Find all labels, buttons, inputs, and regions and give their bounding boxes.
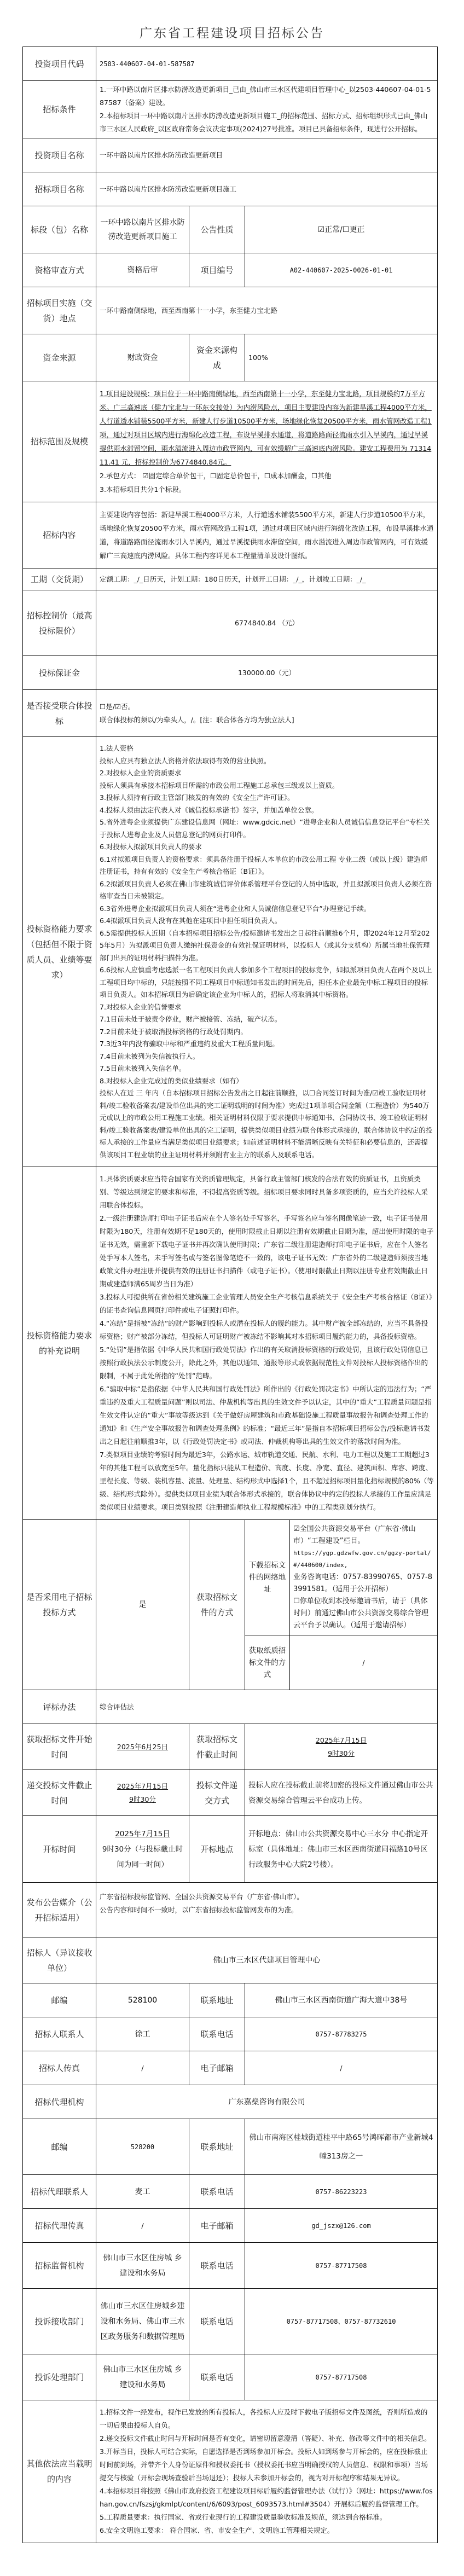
- label: 投标资格能力要求（包括但不限于资质人员、业绩等要求）: [23, 737, 96, 1167]
- label: 是否采用电子招标投标方式: [23, 1520, 96, 1690]
- label: 投资项目代码: [23, 47, 96, 81]
- project-no-label: 项目编号: [189, 253, 245, 287]
- condition-line: 1.一环中路以南片区排水防涝改造更新项目_已由_佛山市三水区代建项目管理中心_以…: [100, 83, 434, 109]
- media-line: 公告内容和时间不一致时，以广东省招标投标监管网发布的为准。: [100, 1904, 434, 1917]
- req-line: 6.5需提供投标人近期（自本招标项目招标公告/投标邀请书发出之日起往前顺推6个月…: [100, 927, 434, 965]
- submit-date: 2025年7月15日: [100, 1780, 185, 1793]
- complaint-receive-phone-label: 联系电话: [189, 2289, 245, 2354]
- req-line: 投标人须具有承接本招标项目所需的市政公用工程施工总承包三级或以上资质。: [100, 780, 434, 792]
- supp-line: 5.“处罚”是指依据《中华人民共和国行政处罚法》作出的有关取消投标资格的行政处罚…: [100, 1343, 434, 1383]
- row-obtain-time: 获取招标文件开始时间 2025年6月25日 获取招标文件截止时间 2025年7月…: [23, 1724, 438, 1770]
- complaint-process-phone-value: 0757-87717508: [245, 2354, 438, 2400]
- agency-phone-label: 联系电话: [189, 2175, 245, 2209]
- other-line: 3.开标当日，投标人可结合实际，自愿选择是否到场参加开标会。投标人如到场参与开标…: [100, 2445, 434, 2485]
- req-line: 6.2拟派项目负责人必须在佛山市建筑诚信评价体系管理平台登记的人员中选取，并且拟…: [100, 878, 434, 903]
- label: 工期（交货期）: [23, 568, 96, 590]
- page-title: 广东省工程建设项目招标公告: [0, 23, 464, 41]
- other-line: 4.本招标项目将按照《佛山市政府投资工程建设项目标后履约监督管理办法（试行）》（…: [100, 2485, 434, 2511]
- scope-value: 1.项目建设规模：项目位于一环中路南侧绿地，西至西南第十一小学，东至健力宝北路，…: [96, 381, 438, 502]
- row-supplement: 投标资格能力要求的补充说明 1.具体资质要求应当符合国家有关资质管理规定，具备行…: [23, 1167, 438, 1520]
- row-supervisor: 招标监督机构 佛山市三水区住房城 乡建设和水务局 联系电话 0757-87717…: [23, 2243, 438, 2289]
- announcement-table: 投资项目代码 2503-440607-04-01-587587 招标条件 1.一…: [22, 47, 438, 2543]
- row-section: 标段（包）名称 一环中路以南片区排水防涝改造更新项目施工 公告性质 ☑正常/☐更…: [23, 206, 438, 253]
- scope-line: 1.项目建设规模：项目位于一环中路南侧绿地，西至西南第十一小学，东至健力宝北路，…: [100, 387, 434, 469]
- label: 发布公告媒介（公开招标适用）: [23, 1883, 96, 1937]
- requirements-value: 1.法人资格 投标人应具有独立法人资格并依法取得有效的营业执照。 2.对投标人企…: [96, 737, 438, 1167]
- label: 招标代理机构: [23, 2085, 96, 2119]
- label: 递交投标文件截止时间: [23, 1770, 96, 1816]
- complaint-receive-phone-value: 0757-87717508、0757-87732610: [245, 2289, 438, 2354]
- consortium-line: 联合体投标的须以/为牵头人，/。[注：联合体各方均为独立法人]: [100, 713, 434, 727]
- download-line: 业务咨询电话：0757-83990765、0757-83991581。（适用于公…: [293, 1571, 434, 1596]
- complaint-process-phone-label: 联系电话: [189, 2354, 245, 2400]
- paper-value: /: [290, 1635, 438, 1690]
- label: 招标范围及规模: [23, 381, 96, 502]
- electronic-value: 是: [96, 1520, 189, 1690]
- consortium-value: ☐是/☑否。 联合体投标的须以/为牵头人，/。[注：联合体各方均为独立法人]: [96, 690, 438, 737]
- submit-method-value: 投标人应在投标截止前将加密的投标文件通过佛山市公共资源交易综合管理云平台成功上传…: [245, 1770, 438, 1816]
- req-line: 6.6投标人应慎重考虑选派一名工程项目负责人参加多个工程项目的投标竞争，如拟派项…: [100, 964, 434, 1001]
- funding-value: 财政资金: [96, 334, 189, 381]
- label: 投标保证金: [23, 656, 96, 690]
- label: 开标时间: [23, 1816, 96, 1883]
- label: 招标代理联系人: [23, 2175, 96, 2209]
- row-tenderer-post: 邮编 528100 联系地址 佛山市三水区西南街道广海大道中38号: [23, 1983, 438, 2017]
- obtain-end-label: 获取招标文件截止时间: [189, 1724, 245, 1770]
- row-tenderer: 招标人（异议接收单位） 佛山市三水区代建项目管理中心: [23, 1937, 438, 1983]
- duration-value: 定额工期：_/_日历天，计划工期：180日历天，计划开工日期：_/_，计划竣工日…: [96, 568, 438, 590]
- label: 招标代理传真: [23, 2209, 96, 2243]
- req-line: 6.3省外进粤企业拟派项目负责人须在“进粤企业和人员诚信信息登记平台”办理登记手…: [100, 903, 434, 915]
- row-project-code: 投资项目代码 2503-440607-04-01-587587: [23, 47, 438, 81]
- row-tenderer-fax: 招标人传真 / 电子邮箱 /: [23, 2051, 438, 2085]
- obtain-end-date: 2025年7月15日: [248, 1734, 434, 1747]
- req-line: 7.1目前未处于被责令停业，财产被接管、冻结，破产状态。: [100, 1013, 434, 1026]
- opening-place-value: 开标地点：佛山市公共资源交易中心三水分 中心指定开标室（具体地址：佛山市三水区西…: [245, 1816, 438, 1883]
- project-code-value: 2503-440607-04-01-587587: [96, 47, 438, 81]
- row-requirements: 投标资格能力要求（包括但不限于资质人员、业绩等要求） 1.法人资格 投标人应具有…: [23, 737, 438, 1167]
- req-line: 7.4目前未被列为失信被执行人。: [100, 1051, 434, 1063]
- label: 投诉处理部门: [23, 2354, 96, 2400]
- tenderer-email-value: /: [245, 2051, 438, 2085]
- row-complaint-process: 投诉处理部门 佛山市三水区住房城 乡建设和水务局 联系电话 0757-87717…: [23, 2354, 438, 2400]
- project-no-value: A02-440607-2025-0026-01-01: [245, 253, 438, 287]
- req-line: 6.1对拟派项目负责人的资格要求：须具备注册于投标人本单位的市政公用工程 专业二…: [100, 854, 434, 878]
- other-value: 1.招标文件一经发布，视作已发放给所有投标人，各投标人应及时下载电子版招标文件及…: [96, 2400, 438, 2543]
- req-line: 4.投标人须由法定代表人对《诚信投标承诺书》签字，并加盖单位公章。: [100, 804, 434, 817]
- complaint-receive-value: 佛山市三水区住房城乡建设和水务局、佛山市三水区政务服务和数据管理局: [96, 2289, 189, 2354]
- label: 招标控制价（最高投标限价）: [23, 590, 96, 656]
- req-line: 7.对投标人企业的信誉要求: [100, 1001, 434, 1014]
- req-line: 6.4拟派项目负责人没有在其他在建项目中担任项目负责人。: [100, 915, 434, 927]
- agency-postcode-value: 528200: [96, 2119, 189, 2175]
- label: 投诉接收部门: [23, 2289, 96, 2354]
- row-deposit: 投标保证金 130000.00（元）: [23, 656, 438, 690]
- row-opening: 开标时间 2025年7月15日 9时30分（与投标截止时间为同一时间） 开标地点…: [23, 1816, 438, 1883]
- supp-line: 3.投标人可提供所在省份相关建筑施工企业管理人员安全生产考核信息系统关于《安全生…: [100, 1291, 434, 1317]
- req-line: 5.省外进粤企业须提供广东建设信息网（网址：www.gdcic.net）“进粤企…: [100, 816, 434, 841]
- label: 资格审查方式: [23, 253, 96, 287]
- req-line: 7.5目前未被列入失信名单。: [100, 1063, 434, 1075]
- row-consortium: 是否接受联合体投标 ☐是/☑否。 联合体投标的须以/为牵头人，/。[注：联合体各…: [23, 690, 438, 737]
- row-complaint-receive: 投诉接收部门 佛山市三水区住房城乡建设和水务局、佛山市三水区政务服务和数据管理局…: [23, 2289, 438, 2354]
- nature-label: 公告性质: [189, 206, 245, 253]
- req-line: 1.法人资格: [100, 742, 434, 755]
- supervisor-value: 佛山市三水区住房城 乡建设和水务局: [96, 2243, 189, 2289]
- complaint-process-value: 佛山市三水区住房城 乡建设和水务局: [96, 2354, 189, 2400]
- tenderer-phone-value: 0757-87783275: [245, 2017, 438, 2051]
- submit-deadline-value: 2025年7月15日 9时30分: [96, 1770, 189, 1816]
- other-line: 6.安全文明施工要求： 符合国家、省、市安全生产、文明施工管理相关规定。: [100, 2524, 434, 2537]
- supp-line: 1.具体资质要求应当符合国家有关资质管理规定，具备行政主管部门核发的合法有效的资…: [100, 1173, 434, 1212]
- tender-announcement-page: 广东省工程建设项目招标公告 投资项目代码 2503-440607-04-01-5…: [0, 0, 464, 2576]
- download-url-link[interactable]: https://ygp.gdzwfw.gov.cn/ggzy-portal/#/…: [293, 1547, 434, 1571]
- conditions-value: 1.一环中路以南片区排水防涝改造更新项目_已由_佛山市三水区代建项目管理中心_以…: [96, 81, 438, 138]
- funding-composition-label: 资金来源构成: [189, 334, 245, 381]
- tenderer-value: 佛山市三水区代建项目管理中心: [96, 1937, 438, 1983]
- label: 招标人联系人: [23, 2017, 96, 2051]
- row-scope: 招标范围及规模 1.项目建设规模：项目位于一环中路南侧绿地，西至西南第十一小学，…: [23, 381, 438, 502]
- obtain-end-time: 9时30分: [248, 1747, 434, 1760]
- evaluation-value: 综合评估法: [96, 1690, 438, 1724]
- scope-line: 2.承包方式： ☑固定综合单价包干，☐固定总价包干，☐成本加酬金，☐其他: [100, 469, 434, 483]
- deposit-value: 130000.00（元）: [96, 656, 438, 690]
- download-line: ☑全国公共资源交易平台（广东省·佛山市）“工程建设”栏目。: [293, 1523, 434, 1547]
- row-location: 招标项目实施（交货）地点 一环中路南侧绿地，西至西南第十一小学，东至健力宝北路: [23, 287, 438, 334]
- row-qualification: 资格审查方式 资格后审 项目编号 A02-440607-2025-0026-01…: [23, 253, 438, 287]
- row-invest-name: 投资项目名称 一环中路以南片区排水防涝改造更新项目: [23, 138, 438, 172]
- agency-value: 广东嘉燊咨询有限公司: [96, 2085, 438, 2119]
- req-line: 7.2目前未处于被取消投标资格的行政处罚期内。: [100, 1026, 434, 1038]
- req-line: 3.投标人须持有行政主管部门核发的有效的《安全生产许可证》。: [100, 792, 434, 804]
- other-line: 5.工程质量要求：执行国家、省或行业现行的工程建设质量验收标准及规范，须达到合格…: [100, 2511, 434, 2524]
- download-line: ☐你单位收到本投标邀请书后，请于（具体时间）前通过佛山市公共资源交易综合管理云平…: [293, 1596, 434, 1632]
- label: 资金来源: [23, 334, 96, 381]
- opening-place-label: 开标地点: [189, 1816, 245, 1883]
- download-value: ☑全国公共资源交易平台（广东省·佛山市）“工程建设”栏目。 https://yg…: [290, 1520, 438, 1635]
- paper-label: 获取纸质招标文件的方式: [245, 1635, 290, 1690]
- agency-fax-value: /: [96, 2209, 189, 2243]
- supplement-value: 1.具体资质要求应当符合国家有关资质管理规定，具备行政主管部门核发的合法有效的资…: [96, 1167, 438, 1520]
- label: 招标项目实施（交货）地点: [23, 287, 96, 334]
- section-name-value: 一环中路以南片区排水防涝改造更新项目施工: [96, 206, 189, 253]
- agency-address-label: 联系地址: [189, 2119, 245, 2175]
- agency-contact-value: 麦工: [96, 2175, 189, 2209]
- qualification-value: 资格后审: [96, 253, 189, 287]
- req-line: 2.对投标人企业的资质要求: [100, 767, 434, 780]
- submit-time: 9时30分: [100, 1793, 185, 1806]
- tenderer-email-label: 电子邮箱: [189, 2051, 245, 2085]
- download-label: 下载招标文件的网络地址: [245, 1520, 290, 1635]
- req-line: 投标人应具有独立法人资格并依法取得有效的营业执照。: [100, 755, 434, 768]
- row-agency: 招标代理机构 广东嘉燊咨询有限公司: [23, 2085, 438, 2119]
- supervisor-phone-value: 0757-87717508: [245, 2243, 438, 2289]
- supp-line: 6.“骗取中标”是指依据《中华人民共和国行政处罚法》所作出的《行政处罚决定书》中…: [100, 1383, 434, 1448]
- tenderer-address-value: 佛山市三水区西南街道广海大道中38号: [245, 1983, 438, 2017]
- row-submit: 递交投标文件截止时间 2025年7月15日 9时30分 投标文件递交方式 投标人…: [23, 1770, 438, 1816]
- label: 是否接受联合体投标: [23, 690, 96, 737]
- label: 投资项目名称: [23, 138, 96, 172]
- row-tenderer-contact: 招标人联系人 徐工 联系电话 0757-87783275: [23, 2017, 438, 2051]
- funding-composition-value: 100%: [245, 334, 438, 381]
- label: 标段（包）名称: [23, 206, 96, 253]
- invest-name-value: 一环中路以南片区排水防涝改造更新项目: [96, 138, 438, 172]
- row-media: 发布公告媒介（公开招标适用） 广东省招标投标监管网、全国公共资源交易平台（广东省…: [23, 1883, 438, 1937]
- label: 招标监督机构: [23, 2243, 96, 2289]
- tender-name-value: 一环中路以南片区排水防涝改造更新项目施工: [96, 172, 438, 206]
- label: 评标办法: [23, 1690, 96, 1724]
- row-agency-contact: 招标代理联系人 麦工 联系电话 0757-86223223: [23, 2175, 438, 2209]
- req-line: 6.对投标人拟派项目负责人的要求: [100, 841, 434, 854]
- obtain-start-value: 2025年6月25日: [96, 1724, 189, 1770]
- req-line: 投标人在近 三 年内（自本招标项目招标公告发出之日起往前顺推，以☐合同签订时间为…: [100, 1087, 434, 1161]
- tenderer-address-label: 联系地址: [189, 1983, 245, 2017]
- tenderer-contact-value: 徐工: [96, 2017, 189, 2051]
- row-content: 招标内容 主要建设内容包括：新建旱溪工程4000平方米，人行道透水铺装5500平…: [23, 502, 438, 568]
- opening-date: 2025年7月15日: [100, 1826, 185, 1842]
- tenderer-postcode-value: 528100: [96, 1983, 189, 2017]
- label: 招标人传真: [23, 2051, 96, 2085]
- label: 招标项目名称: [23, 172, 96, 206]
- agency-email-link[interactable]: gd_jszx@126.com: [245, 2209, 438, 2243]
- label: 其他依法应当载明的内容: [23, 2400, 96, 2543]
- label: 招标内容: [23, 502, 96, 568]
- obtain-method-label: 获取招标文件的方式: [189, 1520, 245, 1690]
- media-value: 广东省招标投标监管网、全国公共资源交易平台（广东省·佛山市）。 公告内容和时间不…: [96, 1883, 438, 1937]
- row-funding: 资金来源 财政资金 资金来源构成 100%: [23, 334, 438, 381]
- req-line: 8.对投标人企业完成过的类似业绩要求（如有）: [100, 1075, 434, 1088]
- label: 招标人（异议接收单位）: [23, 1937, 96, 1983]
- tenderer-fax-value: /: [96, 2051, 189, 2085]
- row-control-price: 招标控制价（最高投标限价） 6774840.84 （元）: [23, 590, 438, 656]
- row-evaluation: 评标办法 综合评估法: [23, 1690, 438, 1724]
- nature-checkbox-value: ☑正常/☐更正: [245, 206, 438, 253]
- row-agency-fax: 招标代理传真 / 电子邮箱 gd_jszx@126.com: [23, 2209, 438, 2243]
- label: 邮编: [23, 2119, 96, 2175]
- req-line: 7.3近3年内没有骗取中标和严重违约及重大工程质量问题。: [100, 1038, 434, 1051]
- submit-method-label: 投标文件递交方式: [189, 1770, 245, 1816]
- row-conditions: 招标条件 1.一环中路以南片区排水防涝改造更新项目_已由_佛山市三水区代建项目管…: [23, 81, 438, 138]
- label: 投标资格能力要求的补充说明: [23, 1167, 96, 1520]
- supp-line: 2.一级注册建造师打印电子证书后应在个人签名处手写签名，手写签名应与签名图像笔迹…: [100, 1212, 434, 1291]
- row-electronic-download: 是否采用电子招标投标方式 是 获取招标文件的方式 下载招标文件的网络地址 ☑全国…: [23, 1520, 438, 1635]
- scope-line: 3.本招标项目共分1个标段。: [100, 483, 434, 496]
- label: 邮编: [23, 1983, 96, 2017]
- tenderer-phone-label: 联系电话: [189, 2017, 245, 2051]
- agency-phone-value: 0757-86223223: [245, 2175, 438, 2209]
- supp-line: 4.“冻结”是指被“冻结”的财产影响到投标人或潜在投标人的履约能力。其中财产被全…: [100, 1317, 434, 1343]
- row-other: 其他依法应当载明的内容 1.招标文件一经发布，视作已发放给所有投标人，各投标人应…: [23, 2400, 438, 2543]
- content-value: 主要建设内容包括：新建旱溪工程4000平方米，人行道透水铺装5500平方米，新建…: [96, 502, 438, 568]
- agency-address-value: 佛山市南海区桂城街道桂平中路65号鸿晖都市产业新城4幢313房之一: [245, 2119, 438, 2175]
- opening-time: 9时30分（与投标截止时间为同一时间）: [100, 1842, 185, 1872]
- other-line: 1.招标文件一经发布，视作已发放给所有投标人，各投标人应及时下载电子版招标文件及…: [100, 2406, 434, 2432]
- supp-line: 7.类似项目业绩的考察时间为最近3年，公路水运、城市轨道交通、民航、水利、电力工…: [100, 1448, 434, 1514]
- location-value: 一环中路南侧绿地，西至西南第十一小学，东至健力宝北路: [96, 287, 438, 334]
- obtain-end-value: 2025年7月15日 9时30分: [245, 1724, 438, 1770]
- row-tender-name: 招标项目名称 一环中路以南片区排水防涝改造更新项目施工: [23, 172, 438, 206]
- opening-time-value: 2025年7月15日 9时30分（与投标截止时间为同一时间）: [96, 1816, 189, 1883]
- supervisor-phone-label: 联系电话: [189, 2243, 245, 2289]
- media-line: 广东省招标投标监管网、全国公共资源交易平台（广东省·佛山市）。: [100, 1890, 434, 1904]
- condition-line: 2.本招标项目一环中路以南片区排水防涝改造更新项目施工_的招标范围、招标方式、招…: [100, 109, 434, 136]
- other-line: 2.递交投标文件截止时间与开标时间是否有变化，请密切留意澄清（答疑）、补充、修改…: [100, 2432, 434, 2445]
- agency-email-label: 电子邮箱: [189, 2209, 245, 2243]
- consortium-line: ☐是/☑否。: [100, 700, 434, 713]
- row-agency-post: 邮编 528200 联系地址 佛山市南海区桂城街道桂平中路65号鸿晖都市产业新城…: [23, 2119, 438, 2175]
- label: 获取招标文件开始时间: [23, 1724, 96, 1770]
- row-duration: 工期（交货期） 定额工期：_/_日历天，计划工期：180日历天，计划开工日期：_…: [23, 568, 438, 590]
- label: 招标条件: [23, 81, 96, 138]
- control-price-value: 6774840.84 （元）: [96, 590, 438, 656]
